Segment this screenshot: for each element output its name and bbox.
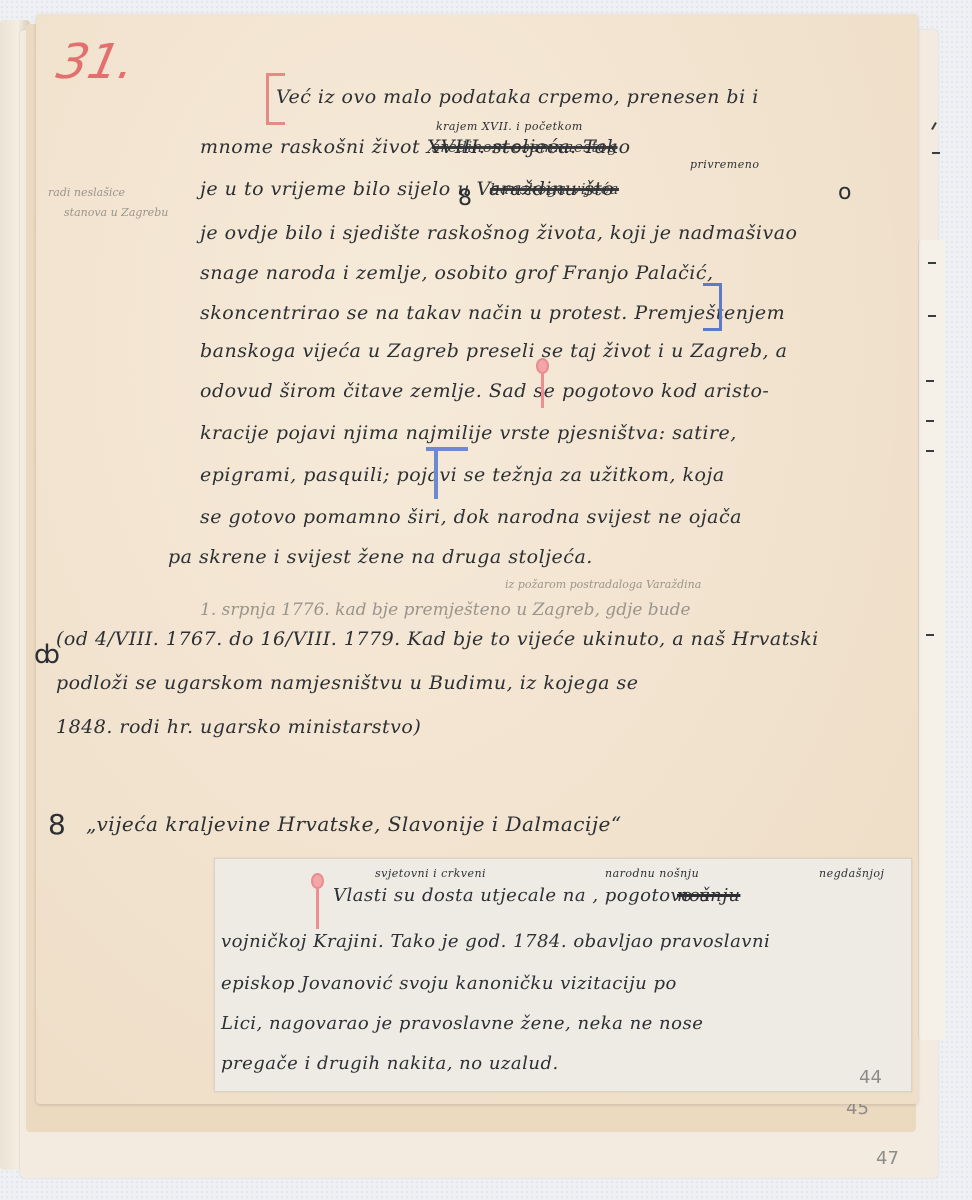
struck-text: nošnju (677, 885, 740, 906)
interlinear-insert: privremeno (690, 158, 759, 171)
footnote-marker-6: o (838, 180, 851, 205)
footnote-marker-8: 8 (458, 186, 472, 211)
text-line: je ovdje bilo i sjedište raskošnog život… (200, 222, 797, 244)
footnote-line: (od 4/VIII. 1767. do 16/VIII. 1779. Kad … (56, 628, 819, 650)
interlinear-insert: krajem XVII. i početkom (436, 120, 583, 133)
margin-mark (926, 634, 934, 636)
slip-line: pregače i drugih nakita, no uzalud. (221, 1053, 559, 1074)
margin-mark (926, 450, 934, 452)
footnote-text: „vijeća kraljevine Hrvatske, Slavonije i… (86, 812, 622, 836)
page-number-44: 44 (859, 1067, 882, 1088)
interlinear-insert: narodnu nošnju (605, 867, 699, 880)
blue-bracket-mark (703, 283, 722, 331)
pasted-slip: svjetovni i crkveni narodnu nošnju negda… (214, 858, 912, 1092)
text-line: banskoga vijeća u Zagreb preseli se taj … (200, 340, 787, 362)
page-number-red: 31. (52, 34, 140, 90)
red-paragraph-mark (536, 358, 546, 408)
margin-note-line1: radi neslašice (48, 186, 125, 199)
footnote-marker-8: 8 (48, 808, 66, 841)
pencil-insert-line: 1. srpnja 1776. kad bje premješteno u Za… (200, 600, 691, 620)
text-line: je u to vrijeme bilo sijelo u Varaždinu … (200, 178, 614, 200)
red-paragraph-mark (311, 873, 321, 929)
slip-line: Vlasti su dosta utjecale na , pogotovo u (333, 885, 711, 906)
margin-mark (926, 380, 934, 382)
text-line: mnome raskošni život XVIII. stoljeća. Ta… (200, 136, 631, 158)
page-number-47: 47 (876, 1148, 899, 1169)
margin-mark (928, 262, 936, 264)
footnote-line: podloži se ugarskom namjesništvu u Budim… (56, 672, 638, 694)
margin-mark (928, 315, 936, 317)
footnote-line: 1848. rodi hr. ugarsko ministarstvo) (56, 716, 421, 738)
margin-note-line2: stanova u Zagrebu (64, 206, 168, 219)
text-line: snage naroda i zemlje, osobito grof Fran… (200, 262, 714, 284)
text-line: se gotovo pomamno širi, dok narodna svij… (200, 506, 742, 528)
interlinear-insert: negdašnjoj (819, 867, 884, 880)
text-line: Već iz ovo malo podataka crpemo, prenese… (276, 86, 759, 108)
slip-line: episkop Jovanović svoju kanoničku vizita… (221, 973, 677, 994)
slip-line: vojničkoj Krajini. Tako je god. 1784. ob… (221, 931, 770, 952)
text-line: odovud širom čitave zemlje. Sad se pogot… (200, 380, 769, 402)
margin-mark (926, 420, 934, 422)
pencil-insert-above: iz požarom postradaloga Varaždina (505, 578, 701, 591)
margin-mark (932, 152, 940, 154)
blue-paragraph-mark (426, 447, 468, 499)
interlinear-insert: svjetovni i crkveni (375, 867, 486, 880)
text-line: kracije pojavi njima najmilije vrste pje… (200, 422, 737, 444)
underlying-strip (918, 240, 945, 1040)
text-line: skoncentrirao se na takav način u protes… (200, 302, 785, 324)
text-line: pa skrene i svijest žene na druga stolje… (168, 546, 593, 568)
slip-line: Lici, nagovarao je pravoslavne žene, nek… (221, 1013, 703, 1034)
